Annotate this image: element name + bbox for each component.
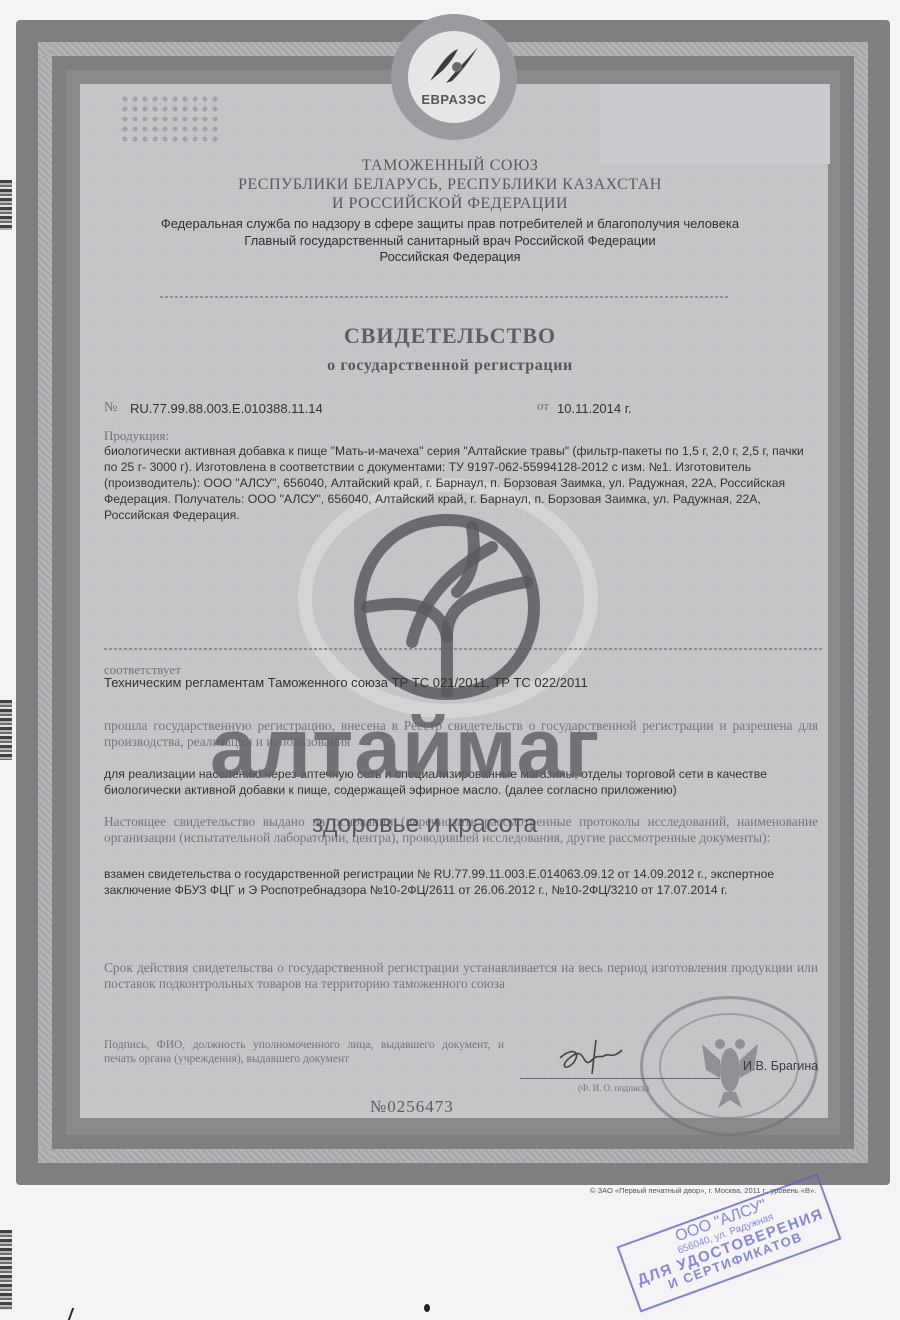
conformity-regulations: Техническим регламентам Таможенного союз… bbox=[104, 675, 588, 691]
header-country: Российская Федерация bbox=[0, 249, 900, 264]
certificate-date: 10.11.2014 г. bbox=[557, 401, 631, 417]
header-federation: И РОССИЙСКОЙ ФЕДЕРАЦИИ bbox=[0, 195, 900, 213]
date-label: от bbox=[537, 398, 549, 414]
serial-number: №0256473 bbox=[370, 1097, 454, 1117]
header-union: ТАМОЖЕННЫЙ СОЮЗ bbox=[0, 157, 900, 175]
eurasec-emblem: ЕВРАЗЭС bbox=[391, 14, 517, 140]
watermark-brand: алтаймаг bbox=[210, 706, 600, 790]
security-pattern bbox=[120, 94, 220, 144]
document-subtitle: о государственной регистрации bbox=[0, 357, 900, 375]
header-agency: Федеральная служба по надзору в сфере за… bbox=[0, 216, 900, 231]
emblem-label: ЕВРАЗЭС bbox=[421, 92, 486, 107]
product-description: биологически активная добавка к пище "Ма… bbox=[104, 443, 816, 523]
signer-name-caption: (Ф. И. О. подпись) bbox=[578, 1083, 649, 1093]
scan-artifact-middle bbox=[0, 700, 12, 760]
scan-mark-left bbox=[68, 1308, 82, 1320]
certificate-number: RU.77.99.88.003.E.010388.11.14 bbox=[130, 401, 323, 417]
header-republics: РЕСПУБЛИКИ БЕЛАРУСЬ, РЕСПУБЛИКИ КАЗАХСТА… bbox=[0, 176, 900, 194]
product-label: Продукция: bbox=[104, 428, 169, 444]
authority-caption-line bbox=[160, 296, 730, 298]
registration-basis: взамен свидетельства о государственной р… bbox=[104, 866, 784, 898]
signature-mark bbox=[552, 1030, 632, 1080]
signer-name: И.В. Брагина bbox=[743, 1058, 818, 1074]
signature-line bbox=[520, 1078, 720, 1079]
paper-light-patch bbox=[600, 84, 830, 164]
scan-artifact-bottom bbox=[0, 1230, 12, 1310]
scan-mark-center bbox=[424, 1304, 430, 1312]
document-title: СВИДЕТЕЛЬСТВО bbox=[0, 323, 900, 349]
signature-caption: Подпись, ФИО, должность уполномоченного … bbox=[104, 1038, 504, 1066]
header-official: Главный государственный санитарный врач … bbox=[0, 233, 900, 248]
leaf-logo-icon bbox=[352, 512, 542, 702]
validity-statement: Срок действия свидетельства о государств… bbox=[104, 960, 818, 992]
bird-icon bbox=[428, 45, 480, 85]
watermark-tagline: здоровье и красота bbox=[312, 810, 537, 838]
number-label: № bbox=[104, 400, 117, 416]
